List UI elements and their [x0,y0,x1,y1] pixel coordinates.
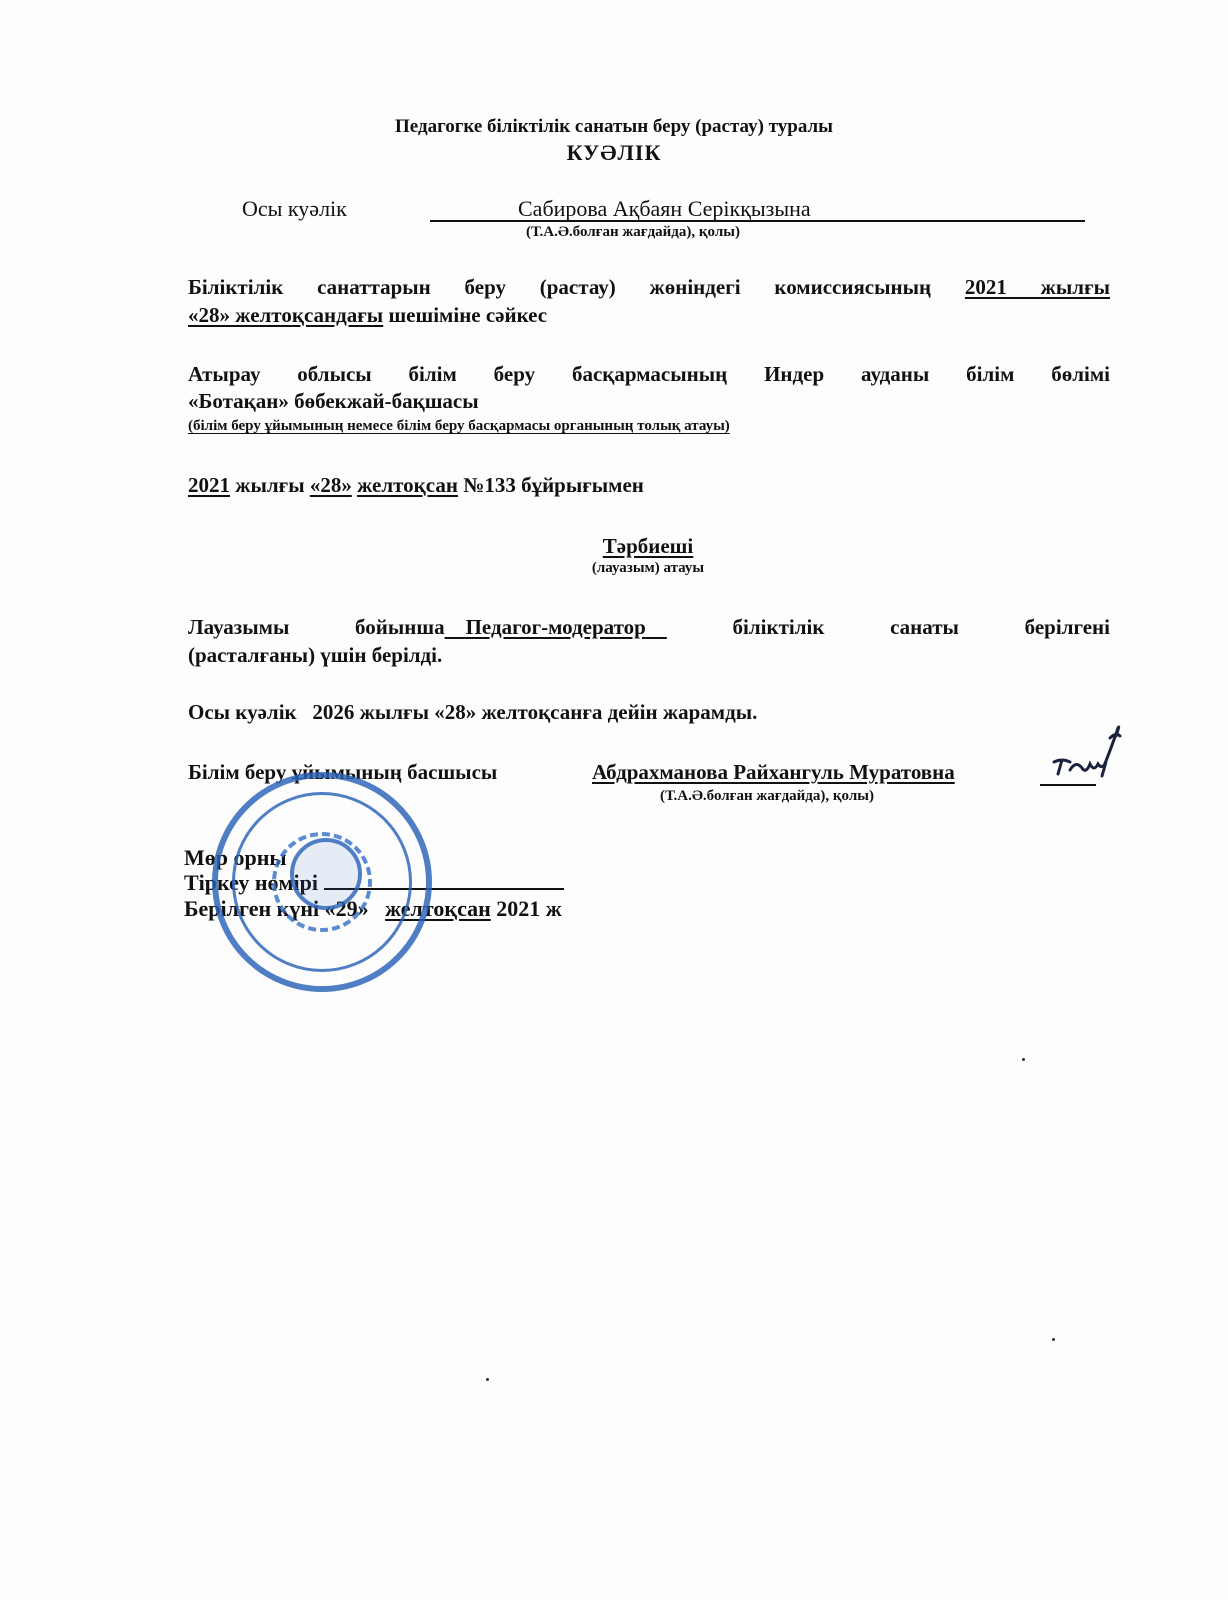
validity-line: Осы куәлік 2026 жылғы «28» желтоқсанға д… [188,700,757,725]
order-number: №133 бұйрығымен [463,473,644,497]
scan-speck [1052,1338,1055,1341]
order-year-suffix: жылғы [235,473,304,497]
scan-speck [1022,1058,1025,1061]
order-line: 2021 жылғы «28» желтоқсан №133 бұйрығыме… [188,473,644,498]
position-title: Тәрбиеші [0,534,1228,559]
holder-caption: (Т.А.Ә.болған жағдайда), қолы) [526,224,740,241]
category-suffix-2: санаты [890,615,959,640]
organization-caption: (білім беру ұйымының немесе білім беру б… [188,418,730,435]
organization-line-2: «Ботақан» бөбекжай-бақшасы [188,389,479,414]
category-suffix-1: біліктілік [733,615,825,640]
order-month: желтоқсан [357,473,458,497]
order-year: 2021 [188,473,230,497]
signature-line [1040,784,1096,786]
order-day: «28» [310,473,352,497]
holder-label: Осы куәлік [242,196,347,222]
category-line-1: Лауазымы бойынша Педагог-модератор білік… [188,615,1110,640]
state-emblem-icon [290,838,362,910]
category-value-text: Педагог-модератор [466,615,646,639]
organization-line-1: Атырау облысы білім беру басқармасының И… [188,362,1110,387]
holder-name: Сабирова Ақбаян Серікқызына [518,196,811,222]
category-prefix-2: бойынша [355,615,445,639]
commission-date: «28» желтоқсандағы [188,303,383,327]
issued-year: 2021 ж [496,896,561,921]
holder-name-field: Сабирова Ақбаян Серікқызына [430,196,1085,222]
signature-icon [1052,722,1132,782]
category-prefix-1: Лауазымы [188,615,289,640]
validity-label: Осы куәлік [188,700,297,724]
head-caption: (Т.А.Ә.болған жағдайда), қолы) [660,788,874,805]
commission-suffix: шешіміне сәйкес [388,303,547,327]
commission-year: 2021 жылғы [965,275,1110,299]
category-suffix-3: берілгені [1025,615,1110,640]
category-prefix-2-group: бойынша Педагог-модератор [355,615,667,640]
head-name: Абдрахманова Райхангуль Муратовна [592,760,955,785]
commission-line-2: «28» желтоқсандағы шешіміне сәйкес [188,303,547,328]
document-heading: КУӘЛІК [0,140,1228,166]
validity-text: 2026 жылғы «28» желтоқсанға дейін жарамд… [312,700,757,724]
commission-text: Біліктілік санаттарын беру (растау) жөні… [188,275,931,299]
document-title: Педагогке біліктілік санатын беру (раста… [0,116,1228,138]
certificate-page: Педагогке біліктілік санатын беру (раста… [0,0,1228,1600]
category-line-2: (расталғаны) үшін берілді. [188,643,442,668]
commission-line-1: Біліктілік санаттарын беру (растау) жөні… [188,275,1110,300]
position-caption: (лауазым) атауы [0,560,1228,577]
scan-speck [486,1378,489,1381]
official-seal [212,772,432,992]
category-value: Педагог-модератор [445,615,667,639]
